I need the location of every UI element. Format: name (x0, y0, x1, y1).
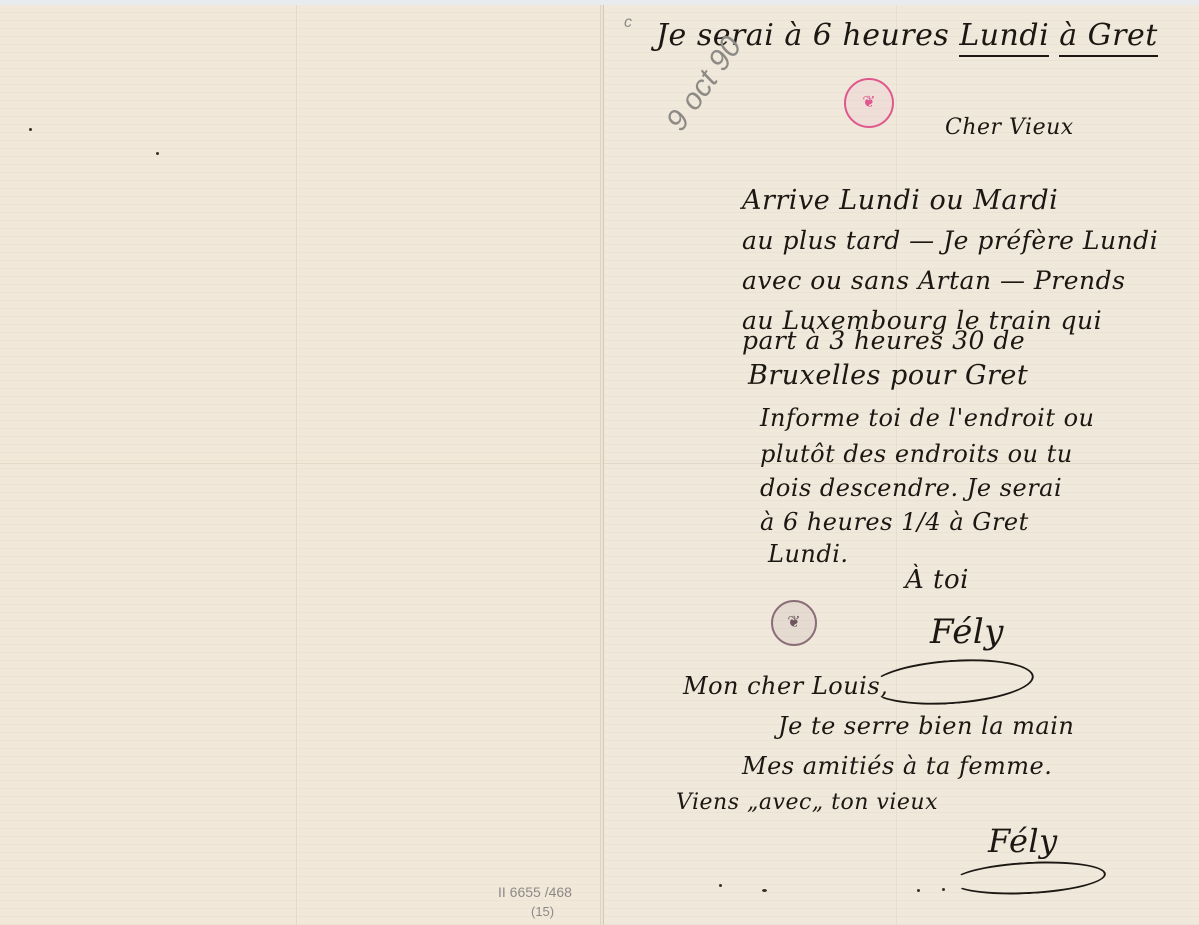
archive-reference: II 6655 /468 (498, 884, 572, 900)
ink-speck (762, 889, 767, 892)
body-line: dois descendre. Je serai (760, 474, 1062, 502)
postscript-underlined-day: Lundi (959, 18, 1049, 57)
vertical-fold-left (296, 5, 298, 925)
postscript-underlined-place: à Gret (1059, 18, 1158, 57)
body-line: Informe toi de l'endroit ou (760, 404, 1095, 432)
center-spine (600, 5, 604, 925)
left-page-blank (0, 5, 600, 925)
body-line: Lundi. (768, 540, 849, 568)
paper-speck (156, 152, 159, 155)
second-note-line: Viens „avec„ ton vieux (676, 790, 938, 815)
body-line: avec ou sans Artan — Prends (742, 266, 1125, 295)
signature-second: Fély (988, 822, 1058, 860)
body-line-text: Bruxelles pour Gret (748, 360, 1028, 391)
body-line: au plus tard — Je préfère Lundi (742, 226, 1158, 255)
body-line: Bruxelles pour Gret (748, 360, 1028, 391)
body-line: à 6 heures 1/4 à Gret (760, 508, 1029, 536)
salutation: Cher Vieux (945, 115, 1074, 140)
second-note-line: Mes amitiés à ta femme. (742, 752, 1052, 780)
closing: À toi (905, 565, 969, 595)
lion-emblem-icon: ❦ (862, 95, 875, 111)
second-note-line: Je te serre bien la main (778, 712, 1074, 740)
body-line: part à 3 heures 30 de (742, 326, 1025, 355)
library-stamp-purple: ❦ (771, 600, 817, 646)
ink-speck (719, 884, 722, 887)
paper-speck (29, 128, 32, 131)
folio-number: (15) (531, 904, 554, 919)
margin-mark: c (624, 14, 632, 32)
ink-speck (942, 888, 945, 891)
signature-first: Fély (930, 612, 1004, 652)
body-line: Arrive Lundi ou Mardi (742, 185, 1058, 216)
postscript-text: Je serai à 6 heures (656, 18, 949, 53)
library-stamp-red: ❦ (844, 78, 894, 128)
body-line: plutôt des endroits ou tu (760, 440, 1073, 468)
second-salutation: Mon cher Louis, (683, 672, 888, 700)
lion-emblem-icon: ❦ (787, 615, 800, 631)
ink-speck (917, 889, 920, 892)
